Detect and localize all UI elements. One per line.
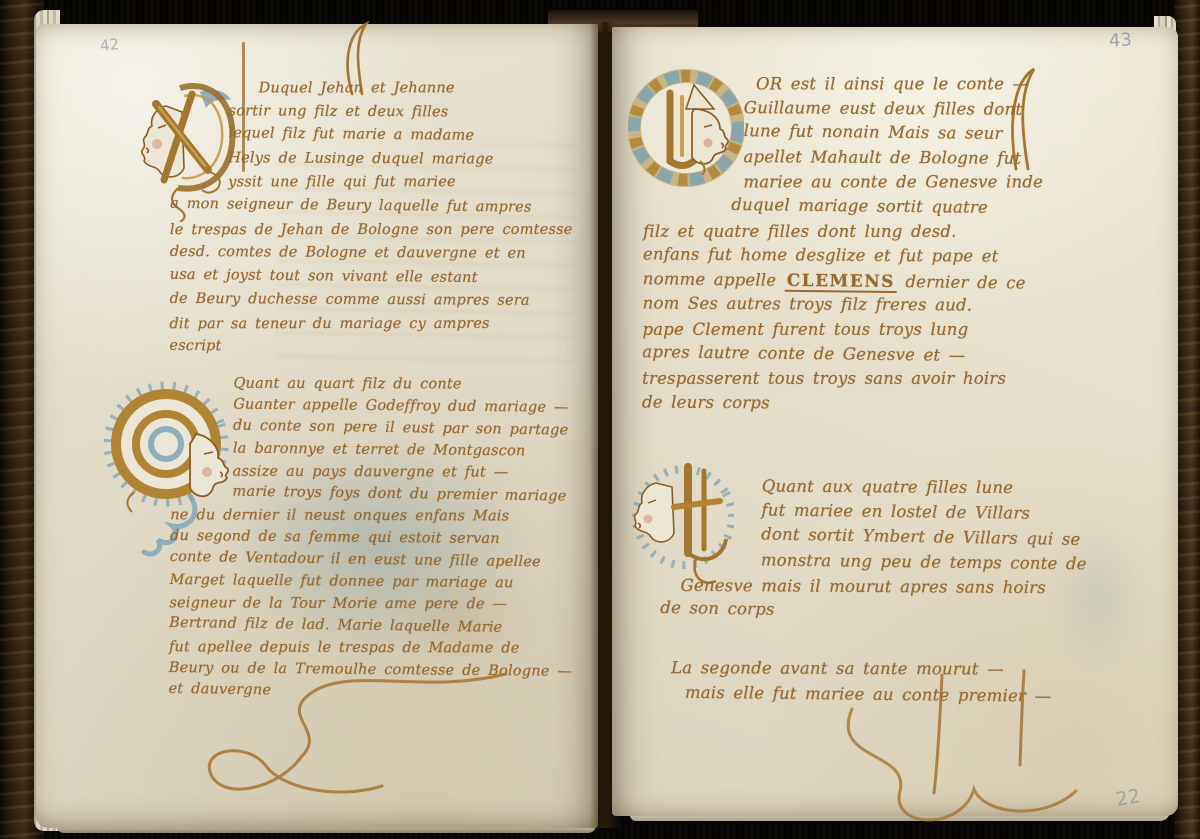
paragraph: OR est il ainsi que le conte —Guillaume … (642, 72, 1144, 419)
folio-number: 42 (99, 35, 120, 55)
manuscript-text-line: lequel filz fut marie a madame (228, 125, 596, 152)
manuscript-text-line: apres lautre conte de Genesve et — (642, 342, 1142, 372)
folio-number: 43 (1108, 29, 1132, 51)
paragraph: Duquel Jehan et Jehannesortir ung filz e… (169, 79, 596, 364)
manuscript-text-line: escript (169, 337, 595, 365)
manuscript-text-line: dit par sa teneur du mariage cy ampres (169, 316, 595, 340)
pencil-corner-number: 22 (1114, 785, 1142, 811)
underlined-pope-name: CLEMENS (785, 270, 897, 293)
manuscript-text-line: de leurs corps (642, 392, 1142, 420)
manuscript-text-line: Duquel Jehan et Jehanne (259, 80, 597, 104)
manuscript-text-line: ne du dernier il neust onques enfans Mai… (170, 507, 598, 530)
manuscript-text-line: OR est il ainsi que le conte — (756, 74, 1144, 99)
pen-flourish-icon (186, 660, 526, 820)
manuscript-text-line: de Beury duchesse comme aussi ampres ser… (170, 291, 596, 317)
manuscript-photo: 42 Duquel Jehan et Jehannesortir ung fil… (0, 0, 1200, 839)
manuscript-text-line: sortir ung filz et deux filles (228, 103, 596, 129)
manuscript-text-line: Quant au quart filz du conte (233, 376, 599, 399)
right-page-folio-43: 43 22 OR est il ainsi que le conte —Guil… (612, 27, 1178, 816)
left-page-folio-42: 42 Duquel Jehan et Jehannesortir ung fil… (36, 24, 598, 828)
manuscript-text-line: nom Ses autres troys filz freres aud. (643, 294, 1143, 322)
manuscript-text-line: le trespas de Jehan de Bologne son pere … (170, 221, 596, 245)
pen-flourish-icon (792, 669, 1112, 839)
manuscript-text-line: desd. comtes de Bologne et dauvergne et … (170, 244, 596, 270)
manuscript-text-line: yssit une fille qui fut mariee (228, 174, 596, 198)
manuscript-text-line: duquel mariage sortit quatre (731, 195, 1143, 224)
manuscript-text-line: pape Clement furent tous troys lung (642, 320, 1142, 345)
text-segment: dernier de ce (897, 272, 1026, 292)
manuscript-text-line: Guillaume eust deux filles dont (744, 98, 1144, 125)
manuscript-text-line: mariee au conte de Genesve inde (743, 173, 1143, 198)
paragraph: Quant au quart filz du conteGuanter appe… (168, 374, 599, 708)
paragraph: Quant aux quatre filles lunefut mariee e… (642, 474, 1144, 630)
manuscript-text-line: lune fut nonain Mais sa seur (744, 121, 1144, 150)
manuscript-text-line: Helys de Lusinge duquel mariage (228, 150, 596, 176)
manuscript-text-line: filz et quatre filles dont lung desd. (643, 222, 1143, 247)
manuscript-text-line: apellet Mahault de Bologne fut (743, 147, 1143, 174)
manuscript-text-line: la baronnye et terret de Montgascon (233, 441, 599, 467)
manuscript-text-line: Quant aux quatre filles lune (762, 477, 1144, 504)
manuscript-text-line: trespasserent tous troys sans avoir hoir… (642, 369, 1142, 394)
manuscript-text-line: a mon seigneur de Beury laquelle fut amp… (170, 196, 596, 224)
text-segment: nomme appelle (643, 269, 785, 290)
manuscript-text-line: usa et joyst tout son vivant elle estant (170, 267, 596, 295)
